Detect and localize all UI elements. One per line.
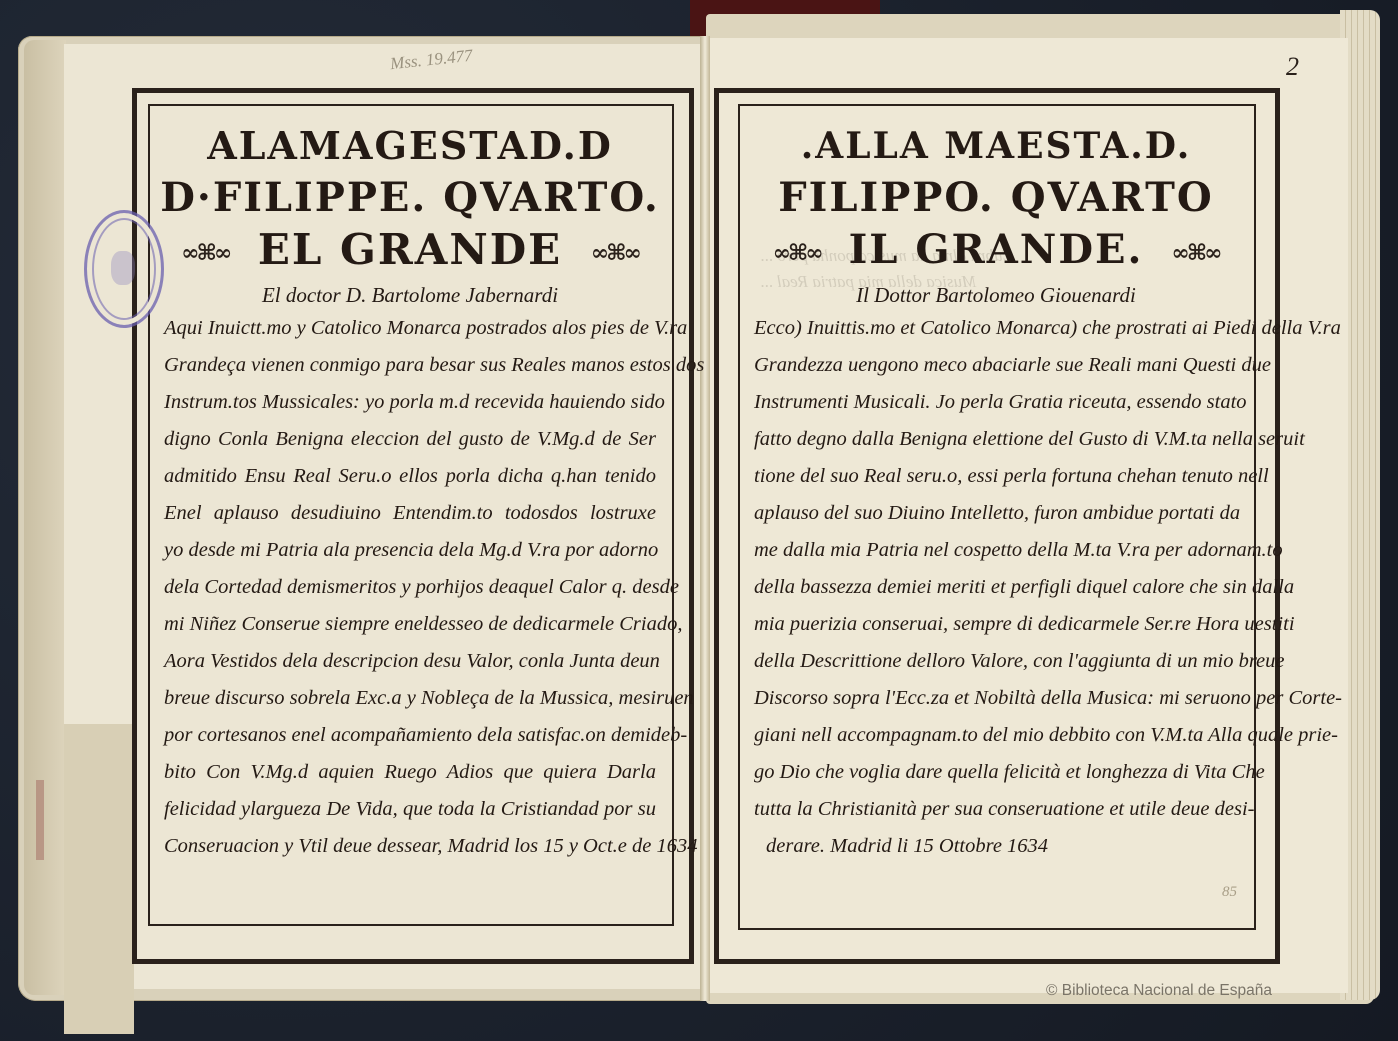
- manuscript-line: fatto degno dalla Benigna elettione del …: [748, 421, 1244, 458]
- manuscript-line: della Descrittione delloro Valore, con l…: [748, 643, 1244, 680]
- manuscript-line: yo desde mi Patria ala presencia dela Mg…: [158, 532, 662, 569]
- manuscript-line: Ecco) Inuittis.mo et Catolico Monarca) c…: [748, 310, 1244, 347]
- manuscript-line: mia puerizia conseruai, sempre di dedica…: [748, 606, 1244, 643]
- manuscript-line: me dalla mia Patria nel cospetto della M…: [748, 532, 1244, 569]
- manuscript-line: Aqui Inuictt.mo y Catolico Monarca postr…: [158, 310, 662, 347]
- manuscript-line: Grandezza uengono meco abaciarle sue Rea…: [748, 347, 1244, 384]
- manuscript-line: bito Con V.Mg.d aquien Ruego Adios que q…: [158, 754, 662, 791]
- manuscript-line: Instrum.tos Mussicales: yo porla m.d rec…: [158, 384, 662, 421]
- knot-ornament-icon: ∞⌘∞: [1171, 227, 1219, 279]
- book-gutter: [700, 36, 710, 1001]
- right-body: Ecco) Inuittis.mo et Catolico Monarca) c…: [748, 310, 1244, 865]
- manuscript-line: go Dio che voglia dare quella felicità e…: [748, 754, 1244, 791]
- folio-number: 2: [1286, 52, 1299, 82]
- right-title-line-1: .ALLA MAESTA.D.: [748, 120, 1244, 172]
- manuscript-line: giani nell accompagnam.to del mio debbit…: [748, 717, 1244, 754]
- right-page-text: .ALLA MAESTA.D. FILIPPO. QVARTO ∞⌘∞ IL G…: [748, 120, 1244, 865]
- faint-page-mark: 85: [1222, 884, 1237, 901]
- manuscript-line: derare. Madrid li 15 Ottobre 1634: [748, 828, 1244, 865]
- manuscript-line: Enel aplauso desudiuino Entendim.to todo…: [158, 495, 662, 532]
- scanned-manuscript-spread: Mss. 19.477 2 ALAMAGESTAD.D D·FILIPPE. Q…: [0, 0, 1398, 1041]
- left-body: Aqui Inuictt.mo y Catolico Monarca postr…: [158, 310, 662, 865]
- manuscript-line: breue discurso sobrela Exc.a y Nobleça d…: [158, 680, 662, 717]
- left-cover-edge: [24, 40, 66, 995]
- right-title-line-2: FILIPPO. QVARTO: [748, 172, 1244, 224]
- manuscript-line: felicidad ylargueza De Vida, que toda la…: [158, 791, 662, 828]
- manuscript-line: Grandeça vienen conmigo para besar sus R…: [158, 347, 662, 384]
- manuscript-line: dela Cortedad demismeritos y porhijos de…: [158, 569, 662, 606]
- manuscript-line: Aora Vestidos dela descripcion desu Valo…: [158, 643, 662, 680]
- manuscript-line: Conseruacion y Vtil deue dessear, Madrid…: [158, 828, 662, 865]
- manuscript-line: admitido Ensu Real Seru.o ellos porla di…: [158, 458, 662, 495]
- manuscript-line: Discorso sopra l'Ecc.za et Nobiltà della…: [748, 680, 1244, 717]
- manuscript-line: aplauso del suo Diuino Intelletto, furon…: [748, 495, 1244, 532]
- knot-ornament-icon: ∞⌘∞: [181, 227, 229, 279]
- knot-ornament-icon: ∞⌘∞: [773, 227, 821, 279]
- library-stamp: [84, 210, 164, 328]
- manuscript-line: tione del suo Real seru.o, essi perla fo…: [748, 458, 1244, 495]
- left-title-line-1: ALAMAGESTAD.D: [158, 120, 662, 172]
- manuscript-line: digno Conla Benigna eleccion del gusto d…: [158, 421, 662, 458]
- manuscript-line: Instrumenti Musicali. Jo perla Gratia ri…: [748, 384, 1244, 421]
- manuscript-line: tutta la Christianità per sua conseruati…: [748, 791, 1244, 828]
- right-title-grande: IL GRANDE.: [849, 226, 1144, 273]
- left-title-line-3: ∞⌘∞ EL GRANDE ∞⌘∞: [158, 224, 662, 279]
- left-page-text: ALAMAGESTAD.D D·FILIPPE. QVARTO. ∞⌘∞ EL …: [158, 120, 662, 865]
- manuscript-line: della bassezza demiei meriti et perfigli…: [748, 569, 1244, 606]
- pasted-paper-tab: [64, 724, 134, 1034]
- left-title-line-2: D·FILIPPE. QVARTO.: [158, 172, 662, 224]
- knot-ornament-icon: ∞⌘∞: [591, 227, 639, 279]
- coat-of-arms-icon: [111, 251, 135, 285]
- rust-stain: [36, 780, 44, 860]
- right-title-line-3: ∞⌘∞ IL GRANDE. ∞⌘∞: [748, 224, 1244, 279]
- manuscript-line: mi Niñez Conserue siempre eneldesseo de …: [158, 606, 662, 643]
- copyright-credit: © Biblioteca Nacional de España: [1046, 982, 1272, 1000]
- right-author-line: Il Dottor Bartolomeo Giouenardi: [748, 283, 1244, 308]
- left-author-line: El doctor D. Bartolome Jabernardi: [158, 283, 662, 308]
- left-title-grande: EL GRANDE: [258, 225, 562, 274]
- manuscript-line: por cortesanos enel acompañamiento dela …: [158, 717, 662, 754]
